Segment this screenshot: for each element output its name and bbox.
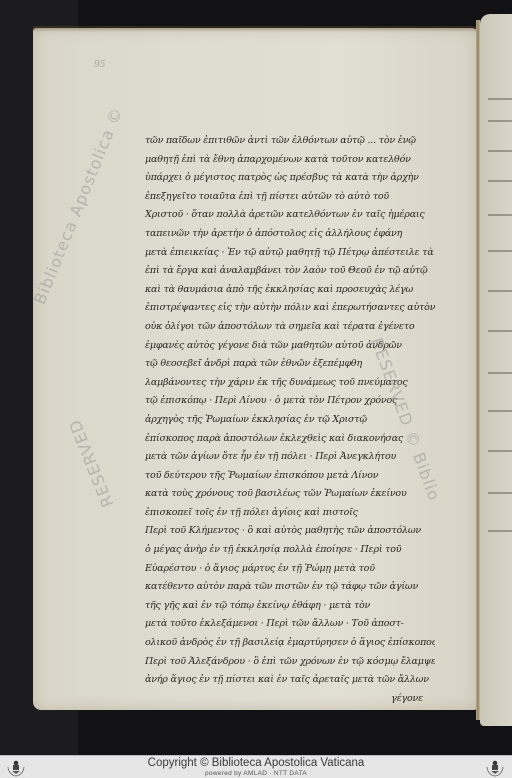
text-line: ὑπάρχει ὁ μέγιστος πατρὸς ὡς πρέσβυς τὰ … xyxy=(145,169,435,188)
facing-page-text xyxy=(488,492,512,494)
text-line: κατὰ τοὺς χρόνους τοῦ βασιλέως τῶν Ῥωμαί… xyxy=(145,485,435,504)
text-line: ολικοῦ ἀνδρὸς ἐν τῇ βασιλείᾳ ἐμαρτύρησεν… xyxy=(145,634,435,653)
text-line: ἐπὶ τὰ ἔργα καὶ ἀναλαμβάνει τὸν λαὸν τοῦ… xyxy=(145,262,435,281)
facing-page-text xyxy=(488,450,512,452)
text-line: οὐκ ὀλίγοι τῶν ἀποστόλων τὰ σημεῖα καὶ τ… xyxy=(145,318,435,337)
text-line: Εὐαρέστου · ὁ ἅγιος μάρτυς ἐν τῇ Ῥώμῃ με… xyxy=(145,560,435,579)
text-line: Περὶ τοῦ Κλήμεντος · ὃ καὶ αὐτὸς μαθητὴς… xyxy=(145,522,435,541)
facing-page-text xyxy=(488,98,512,100)
text-line: μετὰ τοῦτο ἐκλεξάμενοι · Περὶ τῶν ἄλλων … xyxy=(145,615,435,634)
text-line: καὶ τὰ θαυμάσια ἀπὸ τῆς ἐκκλησίας καὶ πρ… xyxy=(145,281,435,300)
text-line: ἐπιστρέψαντες εἰς τὴν αὐτὴν πόλιν καὶ ἐπ… xyxy=(145,299,435,318)
facing-page-text xyxy=(488,290,512,292)
text-line: κατέθεντο αὐτὸν παρὰ τῶν πιστῶν ἐν τῷ τά… xyxy=(145,578,435,597)
book-gutter xyxy=(476,20,480,720)
text-line: τῆς γῆς καὶ ἐν τῷ τόπῳ ἐκείνῳ ἐθάφη · με… xyxy=(145,597,435,616)
text-line: ἀρχηγὸς τῆς Ῥωμαίων ἐκκλησίας ἐν τῷ Χρισ… xyxy=(145,411,435,430)
copyright-text: Copyright © Biblioteca Apostolica Vatica… xyxy=(0,756,512,770)
text-line-catchword: γέγονε xyxy=(145,690,435,709)
facing-page-text xyxy=(488,214,512,216)
text-line: Περὶ τοῦ Ἀλεξάνδρου · ὃ ἐπὶ τῶν χρόνων ἐ… xyxy=(145,653,435,672)
page-edge xyxy=(33,26,478,32)
text-line: ταπεινῶν τὴν ἀρετὴν ὁ ἀπόστολος εἰς ἀλλή… xyxy=(145,225,435,244)
footer: Copyright © Biblioteca Apostolica Vatica… xyxy=(0,755,512,778)
text-line: Χριστοῦ · ὅταν πολλὰ ἀρετῶν κατελθόντων … xyxy=(145,206,435,225)
facing-page-text xyxy=(488,410,512,412)
facing-page-text xyxy=(488,180,512,182)
powered-by-text: powered by AMLAD · NTT DATA xyxy=(0,770,512,778)
papal-emblem-icon xyxy=(6,758,26,777)
text-line: μετὰ ἐπιεικείας · Ἐν τῷ αὐτῷ μαθητῇ τῷ Π… xyxy=(145,244,435,263)
folio-mark: 95 xyxy=(94,60,105,70)
text-line: ἐπισκοπεῖ τοῖς ἐν τῇ πόλει ἁγίοις καὶ πι… xyxy=(145,504,435,523)
facing-page-text xyxy=(488,330,512,332)
text-line: τῶν παῖδων ἐπιτιθῶν ἀντὶ τῶν ἐλθόντων αὐ… xyxy=(145,132,435,151)
facing-page-text xyxy=(488,530,512,532)
facing-page-text xyxy=(488,372,512,374)
text-line: ἐπίσκοπος παρὰ ἀποστόλων ἐκλεχθεὶς καὶ δ… xyxy=(145,430,435,449)
manuscript-viewer[interactable]: 95 τῶν παῖδων ἐπιτιθῶν ἀντὶ τῶν ἐλθόντων… xyxy=(0,0,512,755)
facing-page-text xyxy=(488,250,512,252)
facing-page-text xyxy=(488,150,512,152)
papal-emblem-icon xyxy=(485,758,505,777)
text-line: μετὰ τῶν ἁγίων ὅτε ἦν ἐν τῇ πόλει · Περὶ… xyxy=(145,448,435,467)
text-line: ἐπεξηγεῖτο τοιαῦτα ἐπὶ τῇ πίστει αὐτῶν τ… xyxy=(145,188,435,207)
text-line: τοῦ δεύτερου τῆς Ῥωμαίων ἐπισκόπου μετὰ … xyxy=(145,467,435,486)
text-line: ὁ μέγας ἀνὴρ ἐν τῇ ἐκκλησίᾳ πολλὰ ἐποίησ… xyxy=(145,541,435,560)
manuscript-text: τῶν παῖδων ἐπιτιθῶν ἀντὶ τῶν ἐλθόντων αὐ… xyxy=(145,132,435,708)
text-line: μαθητῇ ἐπὶ τὰ ἔθνη ἀπαρχομένων κατὰ τοῦτ… xyxy=(145,151,435,170)
text-line: ἀνήρ ἅγιος ἐν τῇ πίστει καὶ ἐν ταῖς ἀρετ… xyxy=(145,671,435,690)
facing-page-text xyxy=(488,120,512,122)
